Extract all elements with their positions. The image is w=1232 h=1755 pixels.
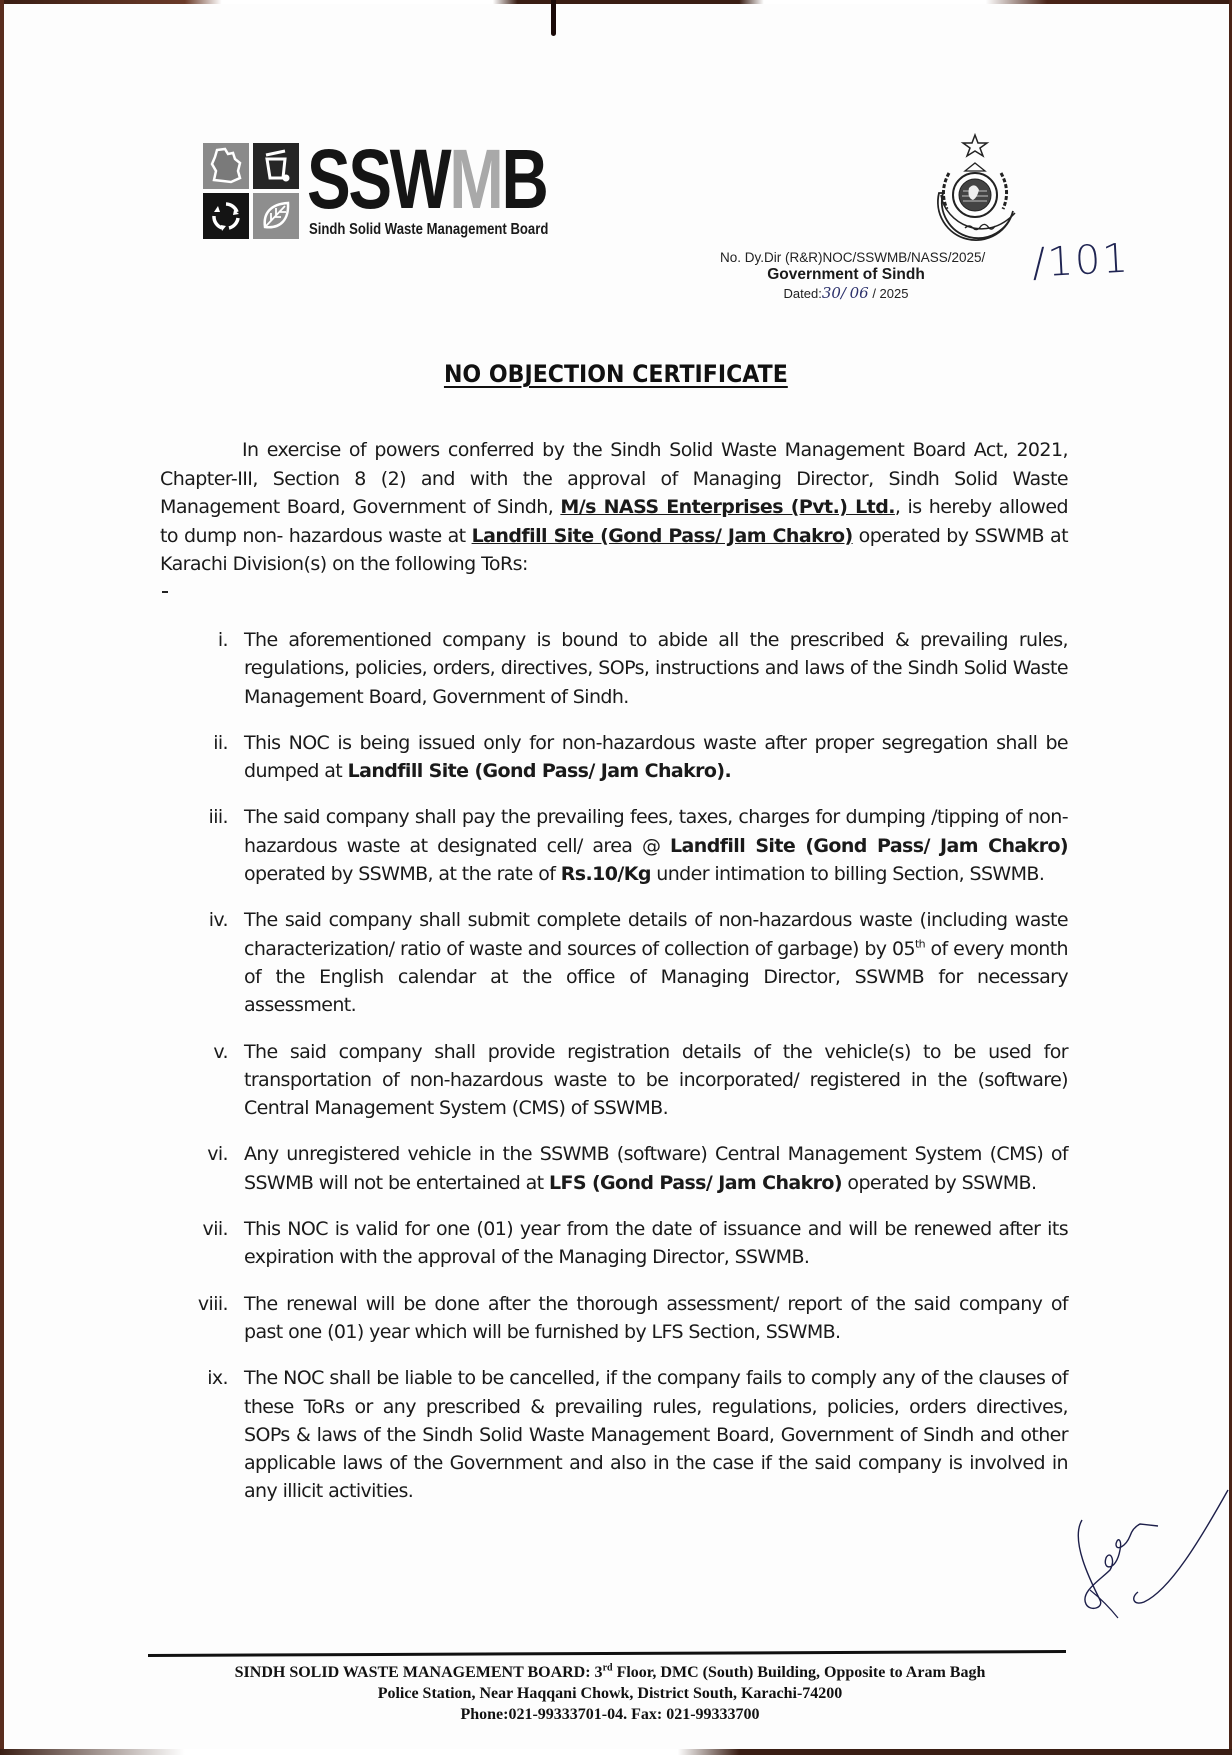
logo-wordmark: SSWMB bbox=[307, 137, 546, 221]
scan-edge-top bbox=[0, 0, 1232, 4]
tor-number: ix. bbox=[160, 1364, 228, 1392]
logo-letters-ssw: SSW bbox=[307, 132, 449, 226]
logo-subtitle: Sindh Solid Waste Management Board bbox=[309, 221, 548, 239]
logo-letter-b: B bbox=[501, 132, 546, 226]
tor-text: under intimation to billing Section, SSW… bbox=[651, 863, 1044, 885]
tor-number: vi. bbox=[160, 1140, 228, 1168]
tor-item: viii.The renewal will be done after the … bbox=[160, 1290, 1068, 1347]
sindh-map-icon bbox=[203, 143, 249, 189]
tor-item: vii.This NOC is valid for one (01) year … bbox=[160, 1215, 1068, 1272]
tor-item: vi.Any unregistered vehicle in the SSWMB… bbox=[160, 1140, 1068, 1197]
footer-address: SINDH SOLID WASTE MANAGEMENT BOARD: 3rd … bbox=[140, 1662, 1080, 1725]
tor-number: vii. bbox=[160, 1215, 228, 1243]
issuer-name: Government of Sindh bbox=[656, 266, 1036, 284]
footer-line-2: Police Station, Near Haqqani Chowk, Dist… bbox=[140, 1683, 1080, 1704]
footer-divider bbox=[148, 1650, 1066, 1657]
reference-number: No. Dy.Dir (R&R)NOC/SSWMB/NASS/2025/ bbox=[720, 250, 1036, 265]
tor-text: The renewal will be done after the thoro… bbox=[244, 1293, 1068, 1343]
tor-bold-text: Rs.10/Kg bbox=[561, 863, 651, 885]
tor-text: th bbox=[915, 937, 925, 950]
footer-building: Floor, DMC (South) Building, Opposite to… bbox=[613, 1664, 986, 1681]
waste-bin-icon bbox=[253, 143, 299, 189]
tor-number: i. bbox=[160, 626, 228, 654]
title-text: NO OBJECTION CERTIFICATE bbox=[444, 360, 788, 388]
intro-paragraph: In exercise of powers conferred by the S… bbox=[160, 436, 1068, 579]
government-of-sindh-emblem bbox=[925, 133, 1025, 263]
footer-line-3: Phone:021-99333701-04. Fax: 021-99333700 bbox=[140, 1704, 1080, 1725]
tor-number: iii. bbox=[160, 803, 228, 831]
date-label: Dated: bbox=[784, 286, 822, 301]
date-day-handwritten: 30/ bbox=[822, 284, 846, 302]
recycle-arrows-icon bbox=[203, 193, 249, 239]
handwritten-number-value: 101 bbox=[1046, 235, 1131, 285]
scan-edge-left bbox=[0, 0, 4, 1755]
sswmb-logo: SSWMB Sindh Solid Waste Management Board bbox=[203, 143, 563, 243]
date-year: / 2025 bbox=[872, 286, 908, 301]
handwritten-signature bbox=[1060, 1480, 1230, 1620]
tor-text: The NOC shall be liable to be cancelled,… bbox=[244, 1367, 1068, 1502]
tor-item: i.The aforementioned company is bound to… bbox=[160, 626, 1068, 711]
tor-item: ii.This NOC is being issued only for non… bbox=[160, 729, 1068, 786]
logo-icon-grid bbox=[203, 143, 299, 239]
tor-item: v.The said company shall provide registr… bbox=[160, 1038, 1068, 1123]
date-month-handwritten: 06 bbox=[850, 284, 869, 302]
tor-bold-text: LFS (Gond Pass/ Jam Chakro) bbox=[549, 1172, 842, 1194]
tor-bold-text: Landfill Site (Gond Pass/ Jam Chakro) bbox=[670, 835, 1068, 857]
tor-item: iii.The said company shall pay the preva… bbox=[160, 803, 1068, 888]
tor-text: This NOC is valid for one (01) year from… bbox=[244, 1218, 1068, 1268]
issue-date: Dated:30/ 06 / 2025 bbox=[656, 284, 1036, 302]
tor-text: operated by SSWMB, at the rate of bbox=[244, 863, 561, 885]
landfill-site-name: Landfill Site (Gond Pass/ Jam Chakro) bbox=[472, 525, 853, 547]
leaf-icon bbox=[253, 193, 299, 239]
footer-floor-suffix: rd bbox=[603, 1663, 613, 1674]
stray-dash bbox=[162, 591, 168, 593]
tor-number: v. bbox=[160, 1038, 228, 1066]
company-name: M/s NASS Enterprises (Pvt.) Ltd. bbox=[560, 496, 895, 518]
tor-text: The aforementioned company is bound to a… bbox=[244, 629, 1068, 708]
tor-bold-text: Landfill Site (Gond Pass/ Jam Chakro). bbox=[348, 760, 732, 782]
tor-number: iv. bbox=[160, 906, 228, 934]
tor-item: iv.The said company shall submit complet… bbox=[160, 906, 1068, 1019]
tor-number: ii. bbox=[160, 729, 228, 757]
footer-line-1: SINDH SOLID WASTE MANAGEMENT BOARD: 3rd … bbox=[140, 1662, 1080, 1683]
scan-edge-bottom bbox=[0, 1749, 1232, 1755]
document-title: NO OBJECTION CERTIFICATE bbox=[0, 360, 1232, 388]
staple-mark bbox=[551, 0, 556, 36]
tors-list: i.The aforementioned company is bound to… bbox=[160, 626, 1068, 1506]
footer-org: SINDH SOLID WASTE MANAGEMENT BOARD: 3 bbox=[235, 1664, 603, 1681]
tor-text: operated by SSWMB. bbox=[842, 1172, 1036, 1194]
tor-item: ix.The NOC shall be liable to be cancell… bbox=[160, 1364, 1068, 1505]
reference-block: No. Dy.Dir (R&R)NOC/SSWMB/NASS/2025/ Gov… bbox=[716, 250, 1036, 302]
handwritten-reference-number: /101 bbox=[1031, 235, 1131, 286]
logo-letter-m: M bbox=[449, 132, 501, 226]
tor-text: The said company shall provide registrat… bbox=[244, 1041, 1068, 1120]
tor-number: viii. bbox=[160, 1290, 228, 1318]
